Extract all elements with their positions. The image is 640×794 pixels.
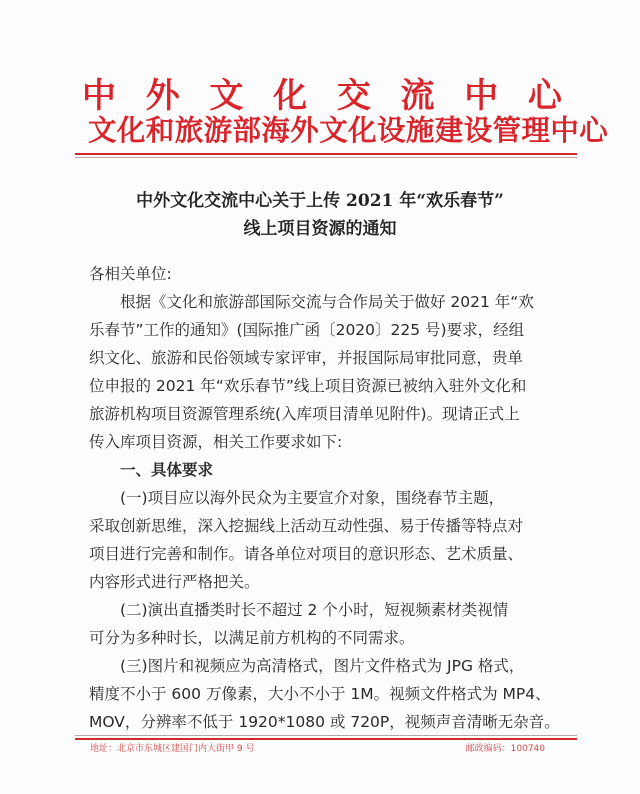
footer-divider xyxy=(75,738,577,740)
letterhead-divider-thin xyxy=(75,157,577,158)
body-line: 织文化、旅游和民俗领域专家评审，并报国际局审批同意，贵单 xyxy=(89,344,559,372)
item-3-line: MOV，分辨率不低于 1920*1080 或 720P，视频声音清晰无杂音。 xyxy=(89,708,559,736)
letterhead-char: 中 xyxy=(464,76,498,116)
footer: 地址：北京市东城区建国门内大街甲 9 号 邮政编码：100740 xyxy=(90,743,545,755)
letterhead-char: 交 xyxy=(337,76,371,116)
item-1-line: 内容形式进行严格把关。 xyxy=(89,568,559,596)
document-title-line-2: 线上项目资源的通知 xyxy=(0,217,640,241)
letterhead-char: 文 xyxy=(209,76,243,116)
body-line: 根据《文化和旅游部国际交流与合作局关于做好 2021 年“欢 xyxy=(89,288,559,316)
letterhead-org-name-2: 文化和旅游部海外文化设施建设管理中心 xyxy=(88,112,558,148)
item-2-line: (二)演出直播类时长不超过 2 个小时，短视频素材类视情 xyxy=(89,596,559,624)
body-line: 位申报的 2021 年“欢乐春节”线上项目资源已被纳入驻外文化和 xyxy=(89,372,559,400)
letterhead-char: 流 xyxy=(401,76,435,116)
letterhead-char: 心 xyxy=(528,76,562,116)
letterhead-char: 中 xyxy=(82,76,116,116)
document-title-line-1: 中外文化交流中心关于上传 2021 年“欢乐春节” xyxy=(0,189,640,213)
item-2-line: 可分为多种时长，以满足前方机构的不同需求。 xyxy=(89,624,559,652)
section-heading: 一、具体要求 xyxy=(89,456,559,484)
document-page: 中 外 文 化 交 流 中 心 文化和旅游部海外文化设施建设管理中心 中外文化交… xyxy=(0,0,640,794)
footer-address: 地址：北京市东城区建国门内大街甲 9 号 xyxy=(90,743,254,755)
letterhead-org-name-1: 中 外 文 化 交 流 中 心 xyxy=(82,76,562,116)
item-1-line: (一)项目应以海外民众为主要宣介对象，围绕春节主题， xyxy=(89,484,559,512)
letterhead-divider xyxy=(75,153,577,155)
letterhead-char: 化 xyxy=(273,76,307,116)
footer-divider-thin xyxy=(75,735,577,736)
body-line: 传入库项目资源，相关工作要求如下: xyxy=(89,428,559,456)
item-1-line: 项目进行完善和制作。请各单位对项目的意识形态、艺术质量、 xyxy=(89,540,559,568)
footer-postcode: 邮政编码：100740 xyxy=(466,743,545,755)
body-line: 乐春节”工作的通知》(国际推广函〔2020〕225 号)要求，经组 xyxy=(89,316,559,344)
document-body: 各相关单位: 根据《文化和旅游部国际交流与合作局关于做好 2021 年“欢 乐春… xyxy=(89,260,559,736)
letterhead-char: 外 xyxy=(146,76,180,116)
item-3-line: 精度不小于 600 万像素，大小不小于 1M。视频文件格式为 MP4、 xyxy=(89,680,559,708)
item-3-line: (三)图片和视频应为高清格式，图片文件格式为 JPG 格式， xyxy=(89,652,559,680)
item-1-line: 采取创新思维，深入挖掘线上活动互动性强、易于传播等特点对 xyxy=(89,512,559,540)
body-line: 旅游机构项目资源管理系统(入库项目清单见附件)。现请正式上 xyxy=(89,400,559,428)
salutation: 各相关单位: xyxy=(89,260,559,288)
